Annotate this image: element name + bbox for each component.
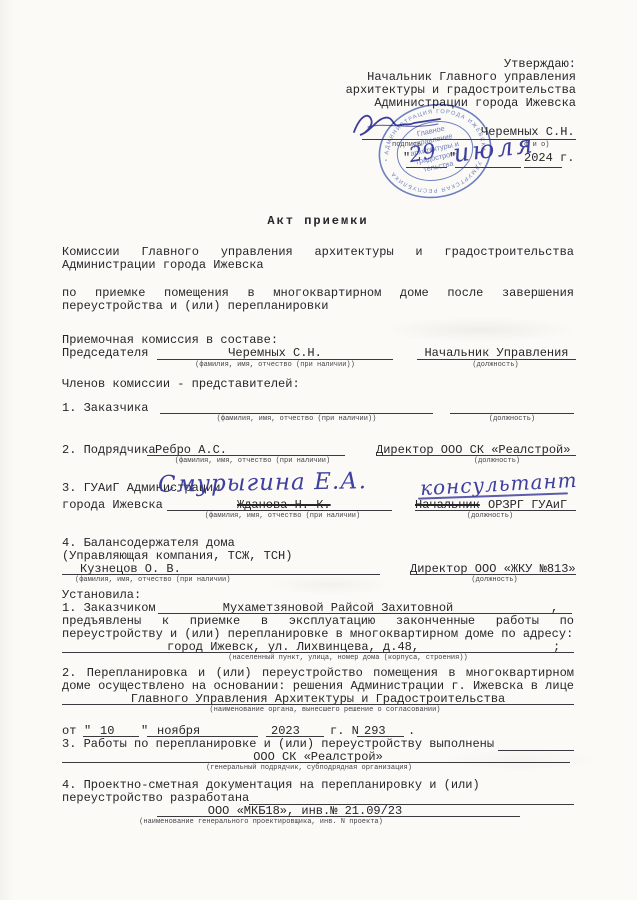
date-day-rule bbox=[406, 167, 447, 168]
caption-post: (должность) bbox=[437, 457, 557, 465]
date-year-rule bbox=[524, 167, 562, 168]
member1-name-rule bbox=[160, 413, 433, 414]
caption-post: (должность) bbox=[433, 361, 558, 369]
date-day-handwritten: 29 bbox=[407, 139, 437, 167]
document-title: Акт приемки bbox=[62, 215, 574, 228]
member2-post-rule bbox=[376, 455, 576, 456]
chairman-name-rule bbox=[157, 359, 393, 360]
caption-designer: (наименование генерального проектировщик… bbox=[106, 818, 416, 826]
members-heading: Членов комиссии - представителей: bbox=[62, 378, 300, 391]
member1-label: 1. Заказчика bbox=[62, 402, 148, 415]
member4-post-rule bbox=[410, 574, 576, 575]
chairman-label: Председателя bbox=[62, 347, 148, 360]
member2-name-rule bbox=[147, 455, 345, 456]
item3-value-rule bbox=[62, 762, 570, 763]
caption-post: (должность) bbox=[452, 415, 572, 423]
caption-fio: (фамилия, имя, отчество (при наличии) bbox=[75, 576, 230, 584]
member2-label: 2. Подрядчика bbox=[62, 444, 156, 457]
member3-post-rule bbox=[415, 510, 576, 511]
item2-organ-rule bbox=[62, 704, 574, 705]
caption-post: (должность) bbox=[435, 512, 545, 520]
item4-value-rule bbox=[157, 816, 520, 817]
caption-organ: (наименование органа, вынесшего решение … bbox=[160, 706, 490, 714]
member1-post-rule bbox=[450, 413, 574, 414]
caption-fio: (фамилия, имя, отчество (при наличии) bbox=[160, 457, 345, 465]
item1-address-rule bbox=[62, 652, 574, 653]
date-month-rule bbox=[455, 167, 521, 168]
caption-fio: (фамилия, имя, отчество (при наличии)) bbox=[160, 415, 433, 423]
caption-contractor: (генеральный подрядчик, субподрядная орг… bbox=[153, 764, 465, 772]
caption-fio: (фамилия, имя, отчество (при наличии)) bbox=[157, 361, 393, 369]
chairman-post-rule bbox=[417, 359, 576, 360]
date-year: 2024 г. bbox=[524, 152, 574, 165]
member4-name-rule bbox=[62, 574, 380, 575]
caption-fio: (фамилия, имя, отчество (при наличии) bbox=[170, 512, 395, 520]
member3-label-line2: города Ижевска bbox=[62, 499, 163, 512]
intro-line4: переустройства и (или) перепланировки bbox=[62, 300, 328, 313]
member3-name-handwritten: Смурыгина Е.А. bbox=[158, 468, 367, 498]
caption-post: (должность) bbox=[437, 576, 552, 584]
item3-blank-rule bbox=[498, 738, 574, 751]
scanned-document-page: Утверждаю: Начальник Главного управления… bbox=[0, 0, 637, 900]
intro-line2: Администрации города Ижевска bbox=[62, 259, 264, 272]
member3-name-rule bbox=[167, 510, 392, 511]
caption-address: (населенный пункт, улица, номер дома (ко… bbox=[188, 654, 508, 662]
